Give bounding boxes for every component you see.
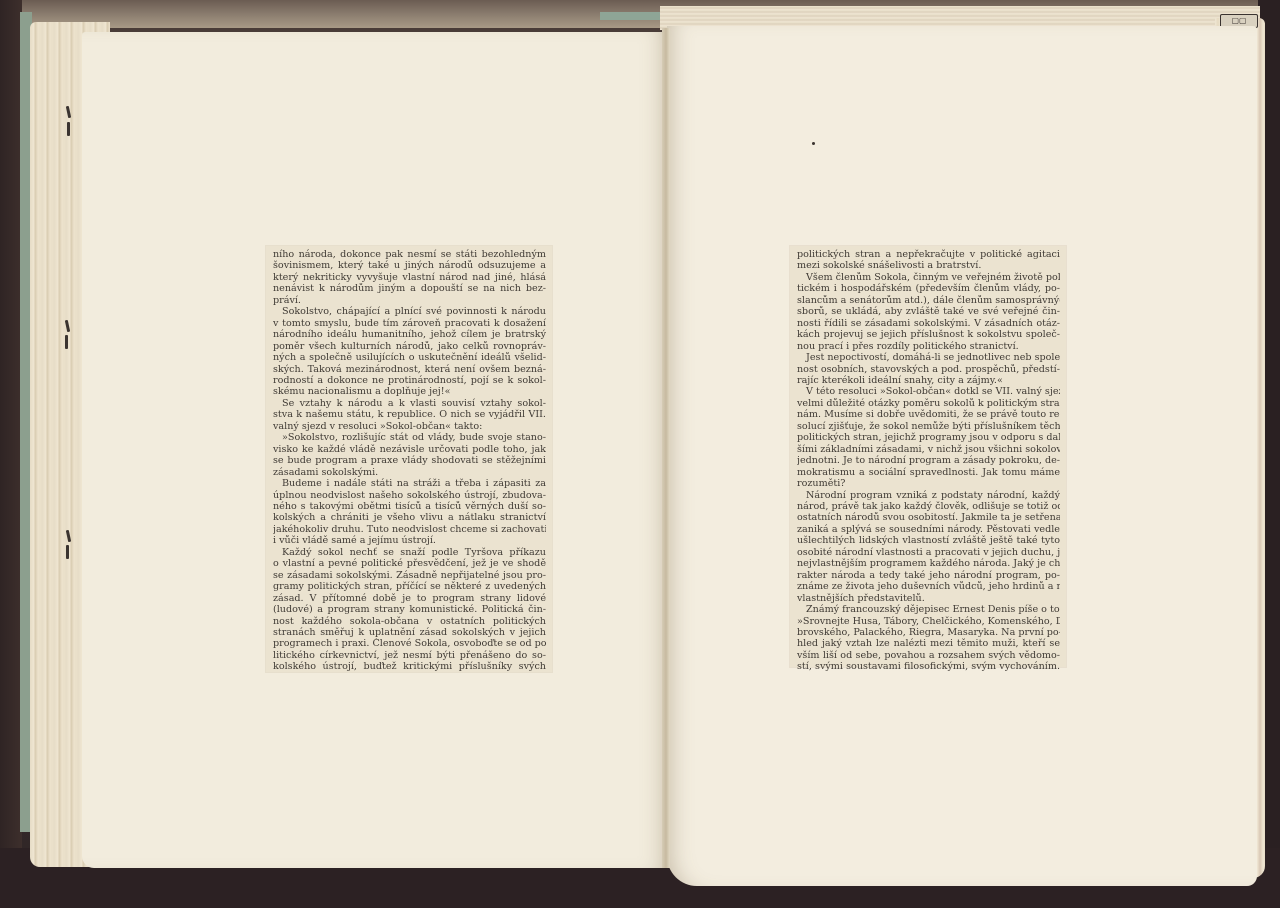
- clipping-text-line: kolských a chrániti je všeho vlivu a nát…: [273, 512, 546, 523]
- clipping-text-line: ostatních národů svou osobitostí. Jakmil…: [797, 512, 1060, 523]
- clipping-text-line: skému nacionalismu a doplňuje jej!«: [273, 386, 546, 397]
- clipping-text-line: známe ze života jeho duševních vůdců, je…: [797, 581, 1060, 592]
- clipping-text-line: stranách směřuj k uplatnění zásad sokols…: [273, 627, 546, 638]
- clipping-text-line: se bude program a praxe vlády shodovati …: [273, 455, 546, 466]
- clipping-text-line: Národní program vzniká z podstaty národn…: [797, 490, 1060, 501]
- clipping-text-line: národ, právě tak jako každý člověk, odli…: [797, 501, 1060, 512]
- clipping-text-line: rajíc kterékoli ideální snahy, city a zá…: [797, 375, 1060, 386]
- clipping-text-line: úplnou neodvislost našeho sokolského úst…: [273, 490, 546, 501]
- clipping-text-line: Všem členům Sokola, činným ve veřejném ž…: [797, 272, 1060, 283]
- clipping-text-line: mokratismu a sociální spravedlnosti. Jak…: [797, 467, 1060, 478]
- clipping-text-line: nenávist k národům jiným a dopouští se n…: [273, 283, 546, 294]
- clipping-text-line: nosti řídili se zásadami sokolskými. V z…: [797, 318, 1060, 329]
- clipping-text-line: V této resoluci »Sokol-občan« dotkl se V…: [797, 386, 1060, 397]
- clipping-text-line: stí, svými soustavami filosofickými, svý…: [797, 661, 1060, 672]
- clipping-text-line: nejvlastnějším programem každého národa.…: [797, 558, 1060, 569]
- clipping-text-line: Budeme i nadále státi na stráži a třeba …: [273, 478, 546, 489]
- clipping-text-line: v tomto smyslu, bude tím zároveň pracova…: [273, 318, 546, 329]
- clipping-text-line: o vlastní a pevné politické přesvědčení,…: [273, 558, 546, 569]
- newspaper-clipping-left: ního národa, dokonce pak nesmí se státi …: [266, 246, 552, 672]
- clipping-text-line: i vůči vládě samé a jejímu ústrojí.: [273, 535, 546, 546]
- stitch-mark: [66, 545, 69, 559]
- clipping-text-line: nost každého sokola-občana v ostatních p…: [273, 616, 546, 627]
- clipping-text-line: solucí zjišťuje, že sokol nemůže býti př…: [797, 421, 1060, 432]
- clipping-text-line: gramy politických stran, příčící se někt…: [273, 581, 546, 592]
- newspaper-clipping-right: politických stran a nepřekračujte v poli…: [790, 246, 1066, 667]
- clipping-text-line: programech i praxi. Členové Sokola, osvo…: [273, 638, 546, 649]
- clipping-text-line: slancům a senátorům atd.), dále členům s…: [797, 295, 1060, 306]
- clipping-text-line: mezi sokolské snášelivosti a bratrství.: [797, 260, 1060, 271]
- clipping-text-line: kách projevuj se jejich příslušnost k so…: [797, 329, 1060, 340]
- clipping-text-line: velmi důležité otázky poměru sokolů k po…: [797, 398, 1060, 409]
- clipping-text-line: osobité národní vlastnosti a pracovati v…: [797, 547, 1060, 558]
- clipping-text-line: Každý sokol nechť se snaží podle Tyršova…: [273, 547, 546, 558]
- clipping-text-line: zásadami sokolskými.: [273, 467, 546, 478]
- clipping-text-line: který nekriticky vyvyšuje vlastní národ …: [273, 272, 546, 283]
- stitch-mark: [65, 335, 68, 349]
- clipping-text-line: nou prací i přes rozdíly politického str…: [797, 341, 1060, 352]
- clipping-text-line: nost osobních, stavovských a pod. prospě…: [797, 364, 1060, 375]
- clipping-text-line: Se vztahy k národu a k vlasti souvisí vz…: [273, 398, 546, 409]
- clipping-text-line: rozuměti?: [797, 478, 1060, 489]
- clipping-text-line: sborů, se ukládá, aby zvláště také ve sv…: [797, 306, 1060, 317]
- clipping-text-line: zaniká a splývá se sousedními národy. Pě…: [797, 524, 1060, 535]
- clipping-text-line: šími základními zásadami, v nichž jsou v…: [797, 444, 1060, 455]
- paper-speck: [812, 142, 815, 145]
- clipping-text-line: valný sjezd v resoluci »Sokol-občan« tak…: [273, 421, 546, 432]
- clipping-text-line: jakéhokoliv druhu. Tuto neodvislost chce…: [273, 524, 546, 535]
- clipping-text-line: národního ideálu humanitního, jehož cíle…: [273, 329, 546, 340]
- clipping-text-line: Jest nepoctivostí, domáhá-li se jednotli…: [797, 352, 1060, 363]
- clipping-text-line: (ludové) a program strany komunistické. …: [273, 604, 546, 615]
- clipping-text-line: »Srovnejte Husa, Tábory, Chelčického, Ko…: [797, 616, 1060, 627]
- clipping-text-line: Známý francouzský dějepisec Ernest Denis…: [797, 604, 1060, 615]
- clipping-text-line: »Sokolstvo, rozlišujíc stát od vlády, bu…: [273, 432, 546, 443]
- book-cover-left-edge: [0, 0, 22, 908]
- clipping-text-line: visko ke každé vládě nezávisle určovati …: [273, 444, 546, 455]
- clipping-text-line: ských. Taková mezinárodnost, která není …: [273, 364, 546, 375]
- clipping-text-line: šovinismem, který také u jiných národů o…: [273, 260, 546, 271]
- clipping-text-line: jednotni. Je to národní program a zásady…: [797, 455, 1060, 466]
- clipping-text-line: stva k našemu státu, k republice. O nich…: [273, 409, 546, 420]
- clipping-text-line: vlastnějších představitelů.: [797, 593, 1060, 604]
- clipping-text-line: ušlechtilých lidských vlastností zvláště…: [797, 535, 1060, 546]
- clipping-text-line: poměr všech kulturních národů, jako celk…: [273, 341, 546, 352]
- clipping-text-line: kolského ústrojí, buďtež kritickými přís…: [273, 661, 546, 672]
- clipping-text-line: ního národa, dokonce pak nesmí se státi …: [273, 249, 546, 260]
- stitch-mark: [67, 122, 70, 136]
- clipping-text-line: ných a společně usilujících o uskutečněn…: [273, 352, 546, 363]
- clipping-text-line: nám. Musíme si dobře uvědomiti, že se pr…: [797, 409, 1060, 420]
- clipping-text-line: se zásadami sokolskými. Zásadně nepřijat…: [273, 570, 546, 581]
- book-gutter: [662, 28, 670, 868]
- clipping-text-line: ného s takovými obětmi tisíců a tisíců v…: [273, 501, 546, 512]
- clipping-text-line: tickém i hospodářském (především členům …: [797, 283, 1060, 294]
- clipping-text-line: litického církevnictví, jež nesmí býti p…: [273, 650, 546, 661]
- clipping-text-line: brovského, Palackého, Riegra, Masaryka. …: [797, 627, 1060, 638]
- clipping-text-line: hled jaký vztah lze nalézti mezi těmito …: [797, 638, 1060, 649]
- clipping-text-line: zásad. V přítomné době je to program str…: [273, 593, 546, 604]
- clipping-text-line: politických stran a nepřekračujte v poli…: [797, 249, 1060, 260]
- clipping-text-line: rakter národa a tedy také jeho národní p…: [797, 570, 1060, 581]
- clipping-text-line: vším liší od sebe, povahou a rozsahem sv…: [797, 650, 1060, 661]
- clipping-text-line: rodností a dokonce ne protinárodností, p…: [273, 375, 546, 386]
- clipping-text-line: práví.: [273, 295, 546, 306]
- clipping-text-line: politických stran, jejichž programy jsou…: [797, 432, 1060, 443]
- clipping-text-line: Sokolstvo, chápající a plnící své povinn…: [273, 306, 546, 317]
